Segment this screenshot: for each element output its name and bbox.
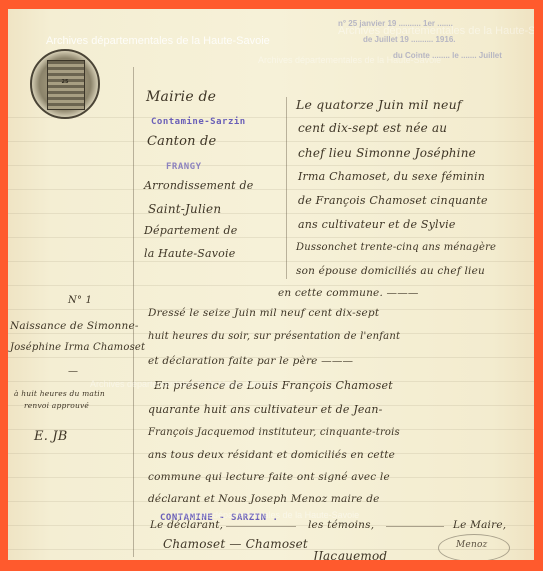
body-line-6: ans cultivateur et de Sylvie — [298, 218, 456, 231]
departement-label: Département de — [144, 224, 237, 237]
body-line-4: Irma Chamoset, du sexe féminin — [298, 170, 485, 183]
body-line-17: commune qui lecture faite ont signé avec… — [148, 471, 390, 483]
republic-seal-icon: 25 — [30, 49, 100, 119]
witnesses-label: les témoins, — [308, 519, 374, 531]
mayor-signature: JJacquemod — [313, 549, 387, 560]
oval-signature: Menoz — [456, 540, 488, 550]
body-line-16: ans tous deux résidant et domiciliés en … — [148, 449, 395, 461]
body-line-10: Dressé le seize Juin mil neuf cent dix-s… — [148, 307, 379, 319]
archive-watermark: Archives départementales de la Haute-Sav… — [46, 35, 270, 47]
archive-watermark: Archives départementales de la Haute-Sav… — [90, 379, 273, 389]
document-scan: n° 25 janvier 19 .......... 1er ....... … — [8, 9, 534, 560]
body-line-5: de François Chamoset cinquante — [298, 194, 488, 207]
header-column-rule — [286, 97, 287, 279]
body-line-8: son épouse domiciliés au chef lieu — [296, 265, 485, 277]
margin-mention-line1: à huit heures du matin — [14, 389, 105, 398]
arrondissement-value: Saint-Julien — [148, 202, 221, 216]
body-line-2: cent dix-sept est née au — [298, 121, 447, 135]
canton-stamp: FRANGY — [166, 162, 202, 172]
departement-value: la Haute-Savoie — [144, 247, 235, 260]
arrondissement-label: Arrondissement de — [144, 179, 253, 192]
seal-number: 25 — [32, 79, 98, 85]
body-line-1: Le quatorze Juin mil neuf — [296, 97, 462, 112]
archive-watermark: Archives départementales de la Haute-Sav… — [338, 25, 534, 37]
declarant-label: Le déclarant, — [150, 519, 223, 531]
mairie-label: Mairie de — [146, 89, 216, 105]
witness-signature: Chamoset — Chamoset — [163, 537, 308, 551]
margin-rule — [133, 67, 134, 557]
body-line-7: Dussonchet trente-cinq ans ménagère — [296, 242, 496, 253]
body-line-15: François Jacquemod instituteur, cinquant… — [148, 427, 400, 438]
body-line-11: huit heures du soir, sur présentation de… — [148, 331, 400, 342]
margin-dash: — — [68, 366, 78, 377]
body-line-9: en cette commune. ——— — [278, 287, 419, 299]
margin-initials: E. JB — [34, 429, 68, 444]
commune-stamp: Contamine-Sarzin — [151, 117, 246, 127]
body-line-14: quarante huit ans cultivateur et de Jean… — [148, 403, 383, 416]
archive-watermark: Archives départementales de la Haute-Sav… — [258, 55, 441, 65]
margin-name-line2: Joséphine Irma Chamoset — [10, 342, 145, 353]
archive-watermark: Archives départementales de la Haute-Sav… — [176, 510, 359, 520]
entry-number: N° 1 — [68, 295, 92, 306]
body-line-18: déclarant et Nous Joseph Menoz maire de — [148, 493, 380, 505]
canton-label: Canton de — [147, 134, 216, 149]
mayor-label: Le Maire, — [453, 519, 506, 531]
body-line-12: et déclaration faite par le père ——— — [148, 355, 353, 367]
body-line-3: chef lieu Simonne Joséphine — [298, 146, 476, 160]
margin-name-line1: Naissance de Simonne- — [10, 320, 139, 332]
margin-mention-line2: renvoi approuvé — [24, 401, 89, 410]
